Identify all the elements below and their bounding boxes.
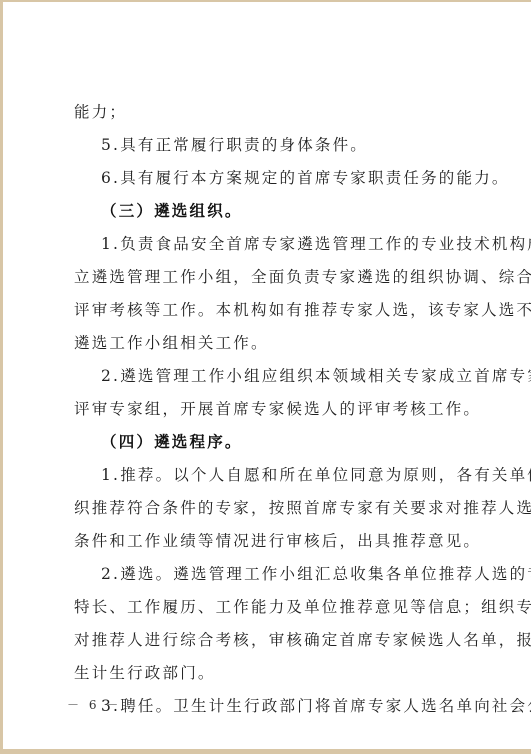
section-heading-4: （四）遴选程序。 xyxy=(101,432,243,452)
text-line: 织推荐符合条件的专家，按照首席专家有关要求对推荐人选基本 xyxy=(74,498,531,518)
text-line: 条件和工作业绩等情况进行审核后，出具推荐意见。 xyxy=(74,531,481,551)
section-heading-3: （三）遴选组织。 xyxy=(101,201,243,221)
text-line: 评审考核等工作。本机构如有推荐专家人选，该专家人选不参与 xyxy=(74,300,531,320)
list-item-5: 5.具有正常履行职责的身体条件。 xyxy=(101,135,368,155)
text-line: 立遴选管理工作小组，全面负责专家遴选的组织协调、综合审查、 xyxy=(74,267,531,287)
text-line: 生计生行政部门。 xyxy=(74,663,216,683)
text-line: 遴选工作小组相关工作。 xyxy=(74,333,269,353)
text-line: 1.推荐。以个人自愿和所在单位同意为原则，各有关单位组 xyxy=(101,465,531,485)
text-line: 对推荐人进行综合考核，审核确定首席专家候选人名单，报送卫 xyxy=(74,630,531,650)
text-line: 1.负责食品安全首席专家遴选管理工作的专业技术机构成 xyxy=(101,234,531,254)
text-line: 特长、工作履历、工作能力及单位推荐意见等信息；组织专家组 xyxy=(74,597,531,617)
text-line: 能力； xyxy=(74,102,127,122)
text-line: 评审专家组，开展首席专家候选人的评审考核工作。 xyxy=(74,399,481,419)
text-line: 3.聘任。卫生计生行政部门将首席专家人选名单向社会公 xyxy=(101,696,531,716)
document-page: 能力； 5.具有正常履行职责的身体条件。 6.具有履行本方案规定的首席专家职责任… xyxy=(3,2,531,749)
page-number: － 6 － xyxy=(67,696,121,713)
text-line: 2.遴选。遴选管理工作小组汇总收集各单位推荐人选的专业 xyxy=(101,564,531,584)
list-item-6: 6.具有履行本方案规定的首席专家职责任务的能力。 xyxy=(101,168,510,188)
text-line: 2.遴选管理工作小组应组织本领域相关专家成立首席专家 xyxy=(101,366,531,386)
